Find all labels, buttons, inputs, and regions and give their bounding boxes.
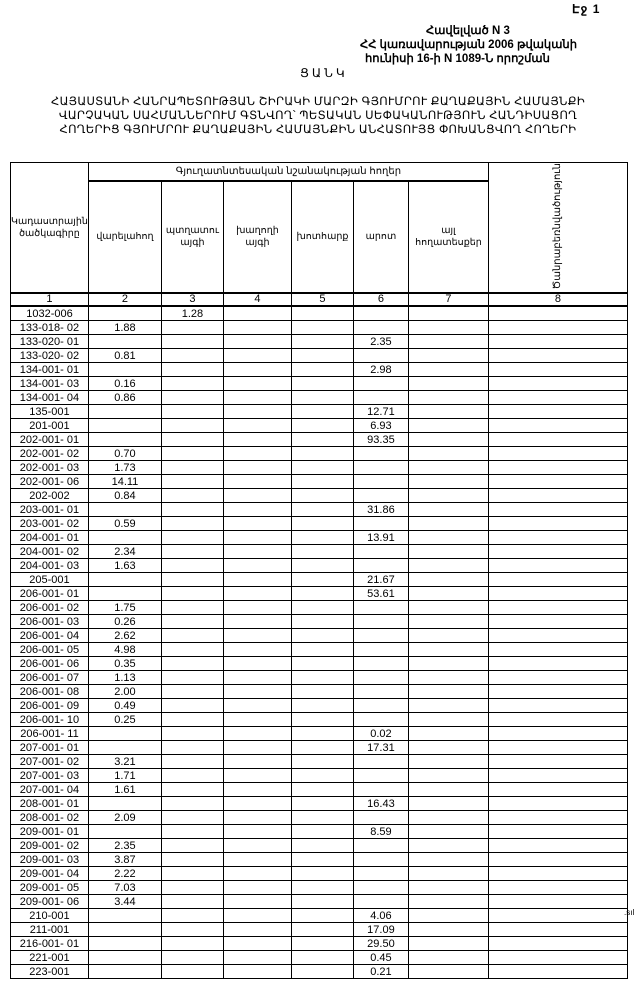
pasture-cell: 13.91 — [353, 531, 408, 545]
arable-land-cell — [88, 909, 161, 923]
other-lands-cell — [408, 475, 488, 489]
other-lands-cell — [408, 447, 488, 461]
table-row: 133-020- 012.35 — [11, 335, 628, 349]
other-lands-cell — [408, 615, 488, 629]
vineyard-cell — [223, 363, 291, 377]
pasture-cell: 29.50 — [353, 937, 408, 951]
vineyard-cell — [223, 811, 291, 825]
cadastral-code-cell: 209-001- 04 — [11, 867, 89, 881]
other-lands-cell — [408, 713, 488, 727]
header-orchard: պտղատու այգի — [161, 181, 223, 294]
encumbrance-cell — [488, 727, 627, 741]
pasture-cell — [353, 601, 408, 615]
vineyard-cell — [223, 391, 291, 405]
cadastral-code-cell: 135-001 — [11, 405, 89, 419]
arable-land-cell: 4.98 — [88, 643, 161, 657]
other-lands-cell — [408, 419, 488, 433]
table-row: 203-001- 0131.86 — [11, 503, 628, 517]
other-lands-cell — [408, 517, 488, 531]
arable-land-cell — [88, 727, 161, 741]
vineyard-cell — [223, 629, 291, 643]
encumbrance-cell — [488, 349, 627, 363]
cadastral-code-cell: 203-001- 02 — [11, 517, 89, 531]
pasture-cell — [353, 783, 408, 797]
vineyard-cell — [223, 671, 291, 685]
encumbrance-cell — [488, 475, 627, 489]
other-lands-cell — [408, 321, 488, 335]
other-lands-cell — [408, 671, 488, 685]
orchard-cell: 1.28 — [161, 306, 223, 321]
other-lands-cell — [408, 965, 488, 979]
orchard-cell — [161, 405, 223, 419]
cadastral-code-cell: 209-001- 06 — [11, 895, 89, 909]
cadastral-code-cell: 208-001- 01 — [11, 797, 89, 811]
vineyard-cell — [223, 797, 291, 811]
heading-line-1: ՀԱՅԱՍՏԱՆԻ ՀԱՆՐԱՊԵՏՈՒԹՅԱՆ ՇԻՐԱԿԻ ՄԱՐԶԻ ԳՅ… — [0, 95, 636, 109]
other-lands-cell — [408, 461, 488, 475]
scan-artifact: .sıl — [624, 908, 634, 917]
other-lands-cell — [408, 811, 488, 825]
hayfield-cell — [291, 306, 353, 321]
arable-land-cell: 2.00 — [88, 685, 161, 699]
hayfield-cell — [291, 405, 353, 419]
pasture-cell: 12.71 — [353, 405, 408, 419]
vineyard-cell — [223, 741, 291, 755]
arable-land-cell: 0.26 — [88, 615, 161, 629]
cadastral-code-cell: 223-001 — [11, 965, 89, 979]
hayfield-cell — [291, 741, 353, 755]
hayfield-cell — [291, 769, 353, 783]
encumbrance-cell — [488, 461, 627, 475]
cadastral-code-cell: 206-001- 05 — [11, 643, 89, 657]
other-lands-cell — [408, 503, 488, 517]
vineyard-cell — [223, 685, 291, 699]
pasture-cell — [353, 713, 408, 727]
pasture-cell — [353, 447, 408, 461]
cadastral-code-cell: 134-001- 03 — [11, 377, 89, 391]
pasture-cell — [353, 881, 408, 895]
cadastral-code-cell: 210-001 — [11, 909, 89, 923]
vineyard-cell — [223, 615, 291, 629]
hayfield-cell — [291, 545, 353, 559]
cadastral-code-cell: 209-001- 01 — [11, 825, 89, 839]
column-number-row: 1 2 3 4 5 6 7 8 — [11, 293, 628, 306]
arable-land-cell: 1.75 — [88, 601, 161, 615]
vineyard-cell — [223, 461, 291, 475]
orchard-cell — [161, 321, 223, 335]
cadastral-code-cell: 202-001- 06 — [11, 475, 89, 489]
orchard-cell — [161, 391, 223, 405]
vineyard-cell — [223, 306, 291, 321]
vineyard-cell — [223, 643, 291, 657]
column-number: 6 — [353, 293, 408, 306]
vineyard-cell — [223, 839, 291, 853]
orchard-cell — [161, 363, 223, 377]
document-heading: ՀԱՅԱՍՏԱՆԻ ՀԱՆՐԱՊԵՏՈՒԹՅԱՆ ՇԻՐԱԿԻ ՄԱՐԶԻ ԳՅ… — [0, 95, 636, 137]
orchard-cell — [161, 643, 223, 657]
vineyard-cell — [223, 559, 291, 573]
orchard-cell — [161, 951, 223, 965]
heading-line-3: ՀՈՂԵՐԻՑ ԳՅՈՒՄՐՈՒ ՔԱՂԱՔԱՅԻՆ ՀԱՄԱՅՆՔԻՆ ԱՆՀ… — [0, 123, 636, 137]
arable-land-cell: 0.81 — [88, 349, 161, 363]
column-number: 1 — [11, 293, 89, 306]
vineyard-cell — [223, 769, 291, 783]
table-row: 206-001- 090.49 — [11, 699, 628, 713]
other-lands-cell — [408, 685, 488, 699]
cadastral-code-cell: 133-020- 01 — [11, 335, 89, 349]
vineyard-cell — [223, 783, 291, 797]
vineyard-cell — [223, 349, 291, 363]
table-row: 205-00121.67 — [11, 573, 628, 587]
orchard-cell — [161, 447, 223, 461]
vineyard-cell — [223, 503, 291, 517]
hayfield-cell — [291, 321, 353, 335]
pasture-cell: 93.35 — [353, 433, 408, 447]
arable-land-cell: 1.88 — [88, 321, 161, 335]
cadastral-code-cell: 209-001- 02 — [11, 839, 89, 853]
encumbrance-cell — [488, 671, 627, 685]
hayfield-cell — [291, 839, 353, 853]
pasture-cell — [353, 306, 408, 321]
encumbrance-cell — [488, 601, 627, 615]
pasture-cell — [353, 839, 408, 853]
table-row: 1032-0061.28 — [11, 306, 628, 321]
arable-land-cell — [88, 741, 161, 755]
cadastral-code-cell: 202-001- 03 — [11, 461, 89, 475]
other-lands-cell — [408, 559, 488, 573]
hayfield-cell — [291, 447, 353, 461]
orchard-cell — [161, 489, 223, 503]
vineyard-cell — [223, 475, 291, 489]
pasture-cell — [353, 559, 408, 573]
hayfield-cell — [291, 531, 353, 545]
arable-land-cell: 14.11 — [88, 475, 161, 489]
cadastral-code-cell: 216-001- 01 — [11, 937, 89, 951]
hayfield-cell — [291, 713, 353, 727]
encumbrance-cell — [488, 629, 627, 643]
table-row: 133-018- 021.88 — [11, 321, 628, 335]
vineyard-cell — [223, 489, 291, 503]
orchard-cell — [161, 573, 223, 587]
pasture-cell — [353, 461, 408, 475]
cadastral-code-cell: 134-001- 01 — [11, 363, 89, 377]
table-row: 206-001- 021.75 — [11, 601, 628, 615]
arable-land-cell — [88, 587, 161, 601]
orchard-cell — [161, 755, 223, 769]
cadastral-code-cell: 206-001- 04 — [11, 629, 89, 643]
hayfield-cell — [291, 489, 353, 503]
arable-land-cell: 1.73 — [88, 461, 161, 475]
orchard-cell — [161, 727, 223, 741]
table-row: 206-001- 0153.61 — [11, 587, 628, 601]
encumbrance-cell — [488, 321, 627, 335]
document-title: ՑԱՆԿ — [300, 66, 348, 80]
vineyard-cell — [223, 657, 291, 671]
hayfield-cell — [291, 335, 353, 349]
hayfield-cell — [291, 377, 353, 391]
cadastral-code-cell: 209-001- 05 — [11, 881, 89, 895]
other-lands-cell — [408, 867, 488, 881]
table-row: 207-001- 031.71 — [11, 769, 628, 783]
orchard-cell — [161, 475, 223, 489]
encumbrance-cell — [488, 363, 627, 377]
orchard-cell — [161, 349, 223, 363]
hayfield-cell — [291, 419, 353, 433]
other-lands-cell — [408, 699, 488, 713]
arable-land-cell: 0.70 — [88, 447, 161, 461]
vineyard-cell — [223, 419, 291, 433]
other-lands-cell — [408, 643, 488, 657]
encumbrance-cell — [488, 951, 627, 965]
table-row: 206-001- 082.00 — [11, 685, 628, 699]
other-lands-cell — [408, 881, 488, 895]
encumbrance-cell — [488, 391, 627, 405]
table-row: 208-001- 022.09 — [11, 811, 628, 825]
hayfield-cell — [291, 461, 353, 475]
encumbrance-cell — [488, 419, 627, 433]
encumbrance-cell — [488, 825, 627, 839]
other-lands-cell — [408, 825, 488, 839]
orchard-cell — [161, 867, 223, 881]
orchard-cell — [161, 923, 223, 937]
annex-line-2: ՀՀ կառավարության 2006 թվականի — [360, 38, 620, 52]
vineyard-cell — [223, 377, 291, 391]
orchard-cell — [161, 909, 223, 923]
cadastral-code-cell: 207-001- 02 — [11, 755, 89, 769]
cadastral-code-cell: 203-001- 01 — [11, 503, 89, 517]
encumbrance-cell — [488, 699, 627, 713]
pasture-cell — [353, 391, 408, 405]
table-row: 204-001- 022.34 — [11, 545, 628, 559]
encumbrance-cell — [488, 965, 627, 979]
hayfield-cell — [291, 881, 353, 895]
hayfield-cell — [291, 433, 353, 447]
table-row: 206-001- 110.02 — [11, 727, 628, 741]
arable-land-cell — [88, 335, 161, 349]
hayfield-cell — [291, 825, 353, 839]
cadastral-code-cell: 206-001- 09 — [11, 699, 89, 713]
encumbrance-cell — [488, 839, 627, 853]
encumbrance-cell — [488, 783, 627, 797]
pasture-cell: 31.86 — [353, 503, 408, 517]
encumbrance-cell — [488, 377, 627, 391]
pasture-cell: 21.67 — [353, 573, 408, 587]
arable-land-cell: 0.84 — [88, 489, 161, 503]
encumbrance-cell — [488, 923, 627, 937]
encumbrance-cell — [488, 433, 627, 447]
column-number: 4 — [223, 293, 291, 306]
arable-land-cell: 0.49 — [88, 699, 161, 713]
arable-land-cell — [88, 531, 161, 545]
column-number: 2 — [88, 293, 161, 306]
encumbrance-cell — [488, 559, 627, 573]
arable-land-cell — [88, 797, 161, 811]
orchard-cell — [161, 545, 223, 559]
hayfield-cell — [291, 783, 353, 797]
header-arable-land: վարելահող — [88, 181, 161, 294]
vineyard-cell — [223, 321, 291, 335]
other-lands-cell — [408, 587, 488, 601]
hayfield-cell — [291, 643, 353, 657]
orchard-cell — [161, 461, 223, 475]
other-lands-cell — [408, 853, 488, 867]
hayfield-cell — [291, 615, 353, 629]
table-row: 209-001- 018.59 — [11, 825, 628, 839]
encumbrance-cell — [488, 405, 627, 419]
table-row: 209-001- 063.44 — [11, 895, 628, 909]
hayfield-cell — [291, 909, 353, 923]
other-lands-cell — [408, 895, 488, 909]
vineyard-cell — [223, 937, 291, 951]
arable-land-cell: 3.44 — [88, 895, 161, 909]
table-row: 209-001- 042.22 — [11, 867, 628, 881]
arable-land-cell: 3.21 — [88, 755, 161, 769]
pasture-cell — [353, 475, 408, 489]
hayfield-cell — [291, 475, 353, 489]
hayfield-cell — [291, 503, 353, 517]
orchard-cell — [161, 853, 223, 867]
table-row: 202-0020.84 — [11, 489, 628, 503]
other-lands-cell — [408, 839, 488, 853]
other-lands-cell — [408, 433, 488, 447]
encumbrance-cell — [488, 755, 627, 769]
arable-land-cell: 2.34 — [88, 545, 161, 559]
orchard-cell — [161, 825, 223, 839]
header-vineyard: խաղողի այգի — [223, 181, 291, 294]
table-row: 134-001- 012.98 — [11, 363, 628, 377]
other-lands-cell — [408, 349, 488, 363]
encumbrance-cell — [488, 545, 627, 559]
hayfield-cell — [291, 797, 353, 811]
column-number: 3 — [161, 293, 223, 306]
encumbrance-cell — [488, 769, 627, 783]
arable-land-cell: 0.25 — [88, 713, 161, 727]
hayfield-cell — [291, 629, 353, 643]
cadastral-code-cell: 205-001 — [11, 573, 89, 587]
table-row: 202-001- 0193.35 — [11, 433, 628, 447]
heading-line-2: ՎԱՐՉԱԿԱՆ ՍԱՀՄԱՆՆԵՐՈՒՄ ԳՏՆՎՈՂ՝ ՊԵՏԱԿԱՆ ՍԵ… — [0, 109, 636, 123]
encumbrance-cell — [488, 797, 627, 811]
cadastral-code-cell: 206-001- 01 — [11, 587, 89, 601]
cadastral-code-cell: 206-001- 08 — [11, 685, 89, 699]
vineyard-cell — [223, 951, 291, 965]
pasture-cell — [353, 349, 408, 363]
other-lands-cell — [408, 545, 488, 559]
hayfield-cell — [291, 573, 353, 587]
header-hayfield: խոտհարք — [291, 181, 353, 294]
orchard-cell — [161, 895, 223, 909]
other-lands-cell — [408, 601, 488, 615]
encumbrance-cell — [488, 517, 627, 531]
arable-land-cell — [88, 965, 161, 979]
other-lands-cell — [408, 769, 488, 783]
cadastral-code-cell: 1032-006 — [11, 306, 89, 321]
orchard-cell — [161, 839, 223, 853]
cadastral-code-cell: 208-001- 02 — [11, 811, 89, 825]
vineyard-cell — [223, 727, 291, 741]
pasture-cell — [353, 811, 408, 825]
hayfield-cell — [291, 349, 353, 363]
vineyard-cell — [223, 545, 291, 559]
cadastral-code-cell: 204-001- 01 — [11, 531, 89, 545]
orchard-cell — [161, 601, 223, 615]
table-row: 206-001- 054.98 — [11, 643, 628, 657]
encumbrance-cell — [488, 531, 627, 545]
orchard-cell — [161, 741, 223, 755]
pasture-cell: 6.93 — [353, 419, 408, 433]
orchard-cell — [161, 797, 223, 811]
encumbrance-cell — [488, 447, 627, 461]
cadastral-code-cell: 207-001- 03 — [11, 769, 89, 783]
orchard-cell — [161, 783, 223, 797]
arable-land-cell: 0.16 — [88, 377, 161, 391]
orchard-cell — [161, 699, 223, 713]
table-row: 207-001- 023.21 — [11, 755, 628, 769]
other-lands-cell — [408, 391, 488, 405]
page-number: Էջ 1 — [572, 2, 600, 16]
pasture-cell: 53.61 — [353, 587, 408, 601]
pasture-cell: 0.21 — [353, 965, 408, 979]
encumbrance-cell — [488, 895, 627, 909]
orchard-cell — [161, 433, 223, 447]
cadastral-code-cell: 207-001- 01 — [11, 741, 89, 755]
orchard-cell — [161, 517, 223, 531]
pasture-cell — [353, 853, 408, 867]
annex-line-3: հունիսի 16-ի N 1089-Ն որոշման — [360, 52, 620, 66]
other-lands-cell — [408, 923, 488, 937]
other-lands-cell — [408, 629, 488, 643]
vineyard-cell — [223, 601, 291, 615]
table-row: 206-001- 071.13 — [11, 671, 628, 685]
vineyard-cell — [223, 965, 291, 979]
vineyard-cell — [223, 573, 291, 587]
vineyard-cell — [223, 923, 291, 937]
pasture-cell: 8.59 — [353, 825, 408, 839]
encumbrance-cell — [488, 713, 627, 727]
column-number: 8 — [488, 293, 627, 306]
pasture-cell — [353, 895, 408, 909]
vineyard-cell — [223, 755, 291, 769]
arable-land-cell: 0.59 — [88, 517, 161, 531]
table-row: 216-001- 0129.50 — [11, 937, 628, 951]
hayfield-cell — [291, 867, 353, 881]
hayfield-cell — [291, 363, 353, 377]
hayfield-cell — [291, 517, 353, 531]
cadastral-code-cell: 221-001 — [11, 951, 89, 965]
orchard-cell — [161, 587, 223, 601]
arable-land-cell — [88, 937, 161, 951]
arable-land-cell: 2.35 — [88, 839, 161, 853]
table-row: 203-001- 020.59 — [11, 517, 628, 531]
orchard-cell — [161, 377, 223, 391]
other-lands-cell — [408, 306, 488, 321]
orchard-cell — [161, 419, 223, 433]
table-row: 204-001- 031.63 — [11, 559, 628, 573]
hayfield-cell — [291, 951, 353, 965]
orchard-cell — [161, 657, 223, 671]
cadastral-code-cell: 204-001- 03 — [11, 559, 89, 573]
table-row: 207-001- 0117.31 — [11, 741, 628, 755]
arable-land-cell: 0.86 — [88, 391, 161, 405]
hayfield-cell — [291, 923, 353, 937]
other-lands-cell — [408, 489, 488, 503]
pasture-cell: 2.98 — [353, 363, 408, 377]
orchard-cell — [161, 937, 223, 951]
encumbrance-cell — [488, 937, 627, 951]
table-row: 221-0010.45 — [11, 951, 628, 965]
table-row: 209-001- 033.87 — [11, 853, 628, 867]
cadastral-code-cell: 206-001- 07 — [11, 671, 89, 685]
